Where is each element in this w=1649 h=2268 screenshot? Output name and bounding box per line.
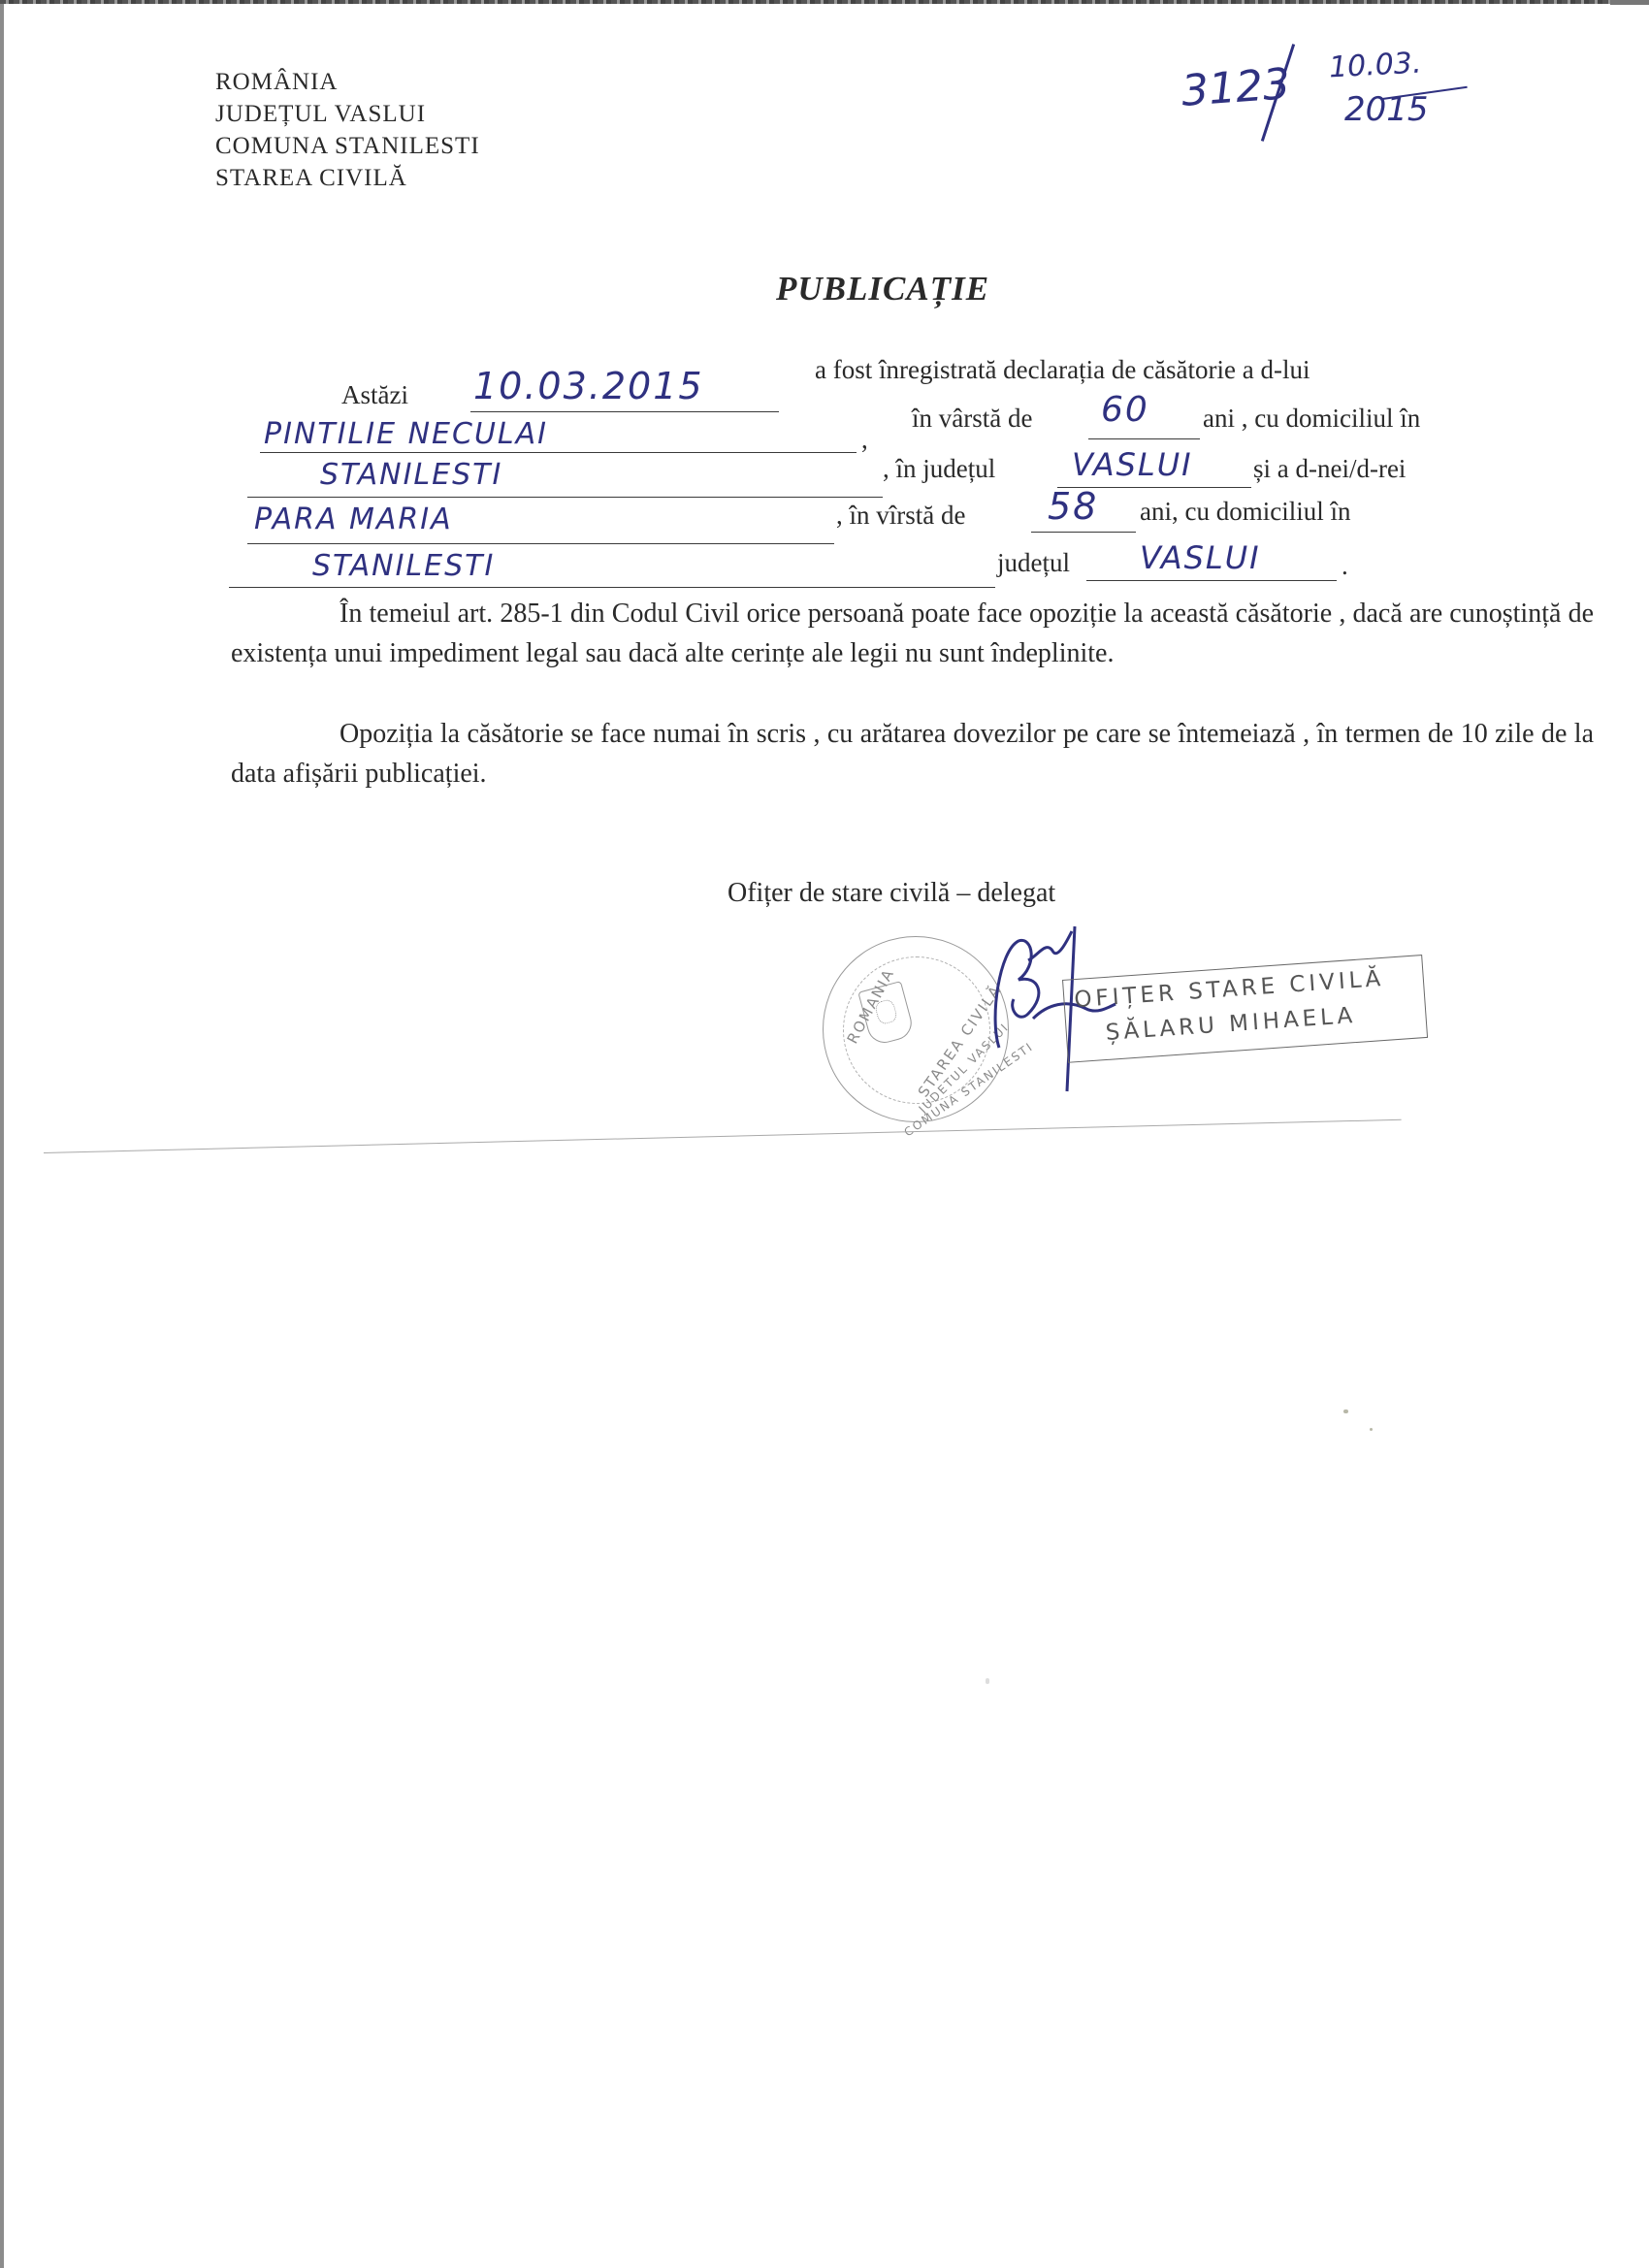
county-label-2: județul (997, 548, 1070, 578)
astazi-label: Astăzi (341, 380, 408, 410)
legal-paragraph-2-text: Opoziția la căsătorie se face numai în s… (231, 719, 1594, 789)
bride-age-underline (1031, 532, 1136, 533)
groom-locality-underline (247, 497, 883, 498)
bride-age-value[interactable]: 58 (1048, 485, 1098, 528)
header-county: JUDEȚUL VASLUI (215, 98, 480, 130)
scan-speck (1343, 1409, 1348, 1413)
declaration-text: a fost înregistrată declarația de căsăto… (815, 355, 1310, 385)
header-commune: COMUNA STANILESTI (215, 130, 480, 162)
document-title: PUBLICAȚIE (776, 270, 989, 308)
page-divider (44, 1119, 1402, 1153)
domicile-label-2: ani, cu domiciliul în (1140, 497, 1350, 527)
groom-locality-value[interactable]: STANILESTI (320, 458, 502, 492)
scan-edge-corner (1610, 0, 1649, 5)
date-underline (470, 411, 779, 412)
issuer-header: ROMÂNIA JUDEȚUL VASLUI COMUNA STANILESTI… (215, 66, 480, 194)
comma: , (861, 425, 868, 455)
domicile-label-1: ani , cu domiciliul în (1203, 404, 1420, 434)
signature-label: Ofițer de stare civilă – delegat (727, 878, 1055, 909)
legal-paragraph-2: Opoziția la căsătorie se face numai în s… (231, 714, 1594, 794)
groom-county-value[interactable]: VASLUI (1072, 446, 1193, 483)
scan-edge-left (0, 0, 4, 2268)
header-department: STAREA CIVILĂ (215, 162, 480, 194)
groom-age-underline (1088, 438, 1200, 439)
age-label-1: în vârstă de (912, 404, 1032, 434)
groom-age-value[interactable]: 60 (1101, 390, 1149, 430)
groom-name-value[interactable]: PINTILIE NECULAI (264, 417, 548, 451)
registration-date: 10.03. (1328, 47, 1422, 85)
bride-name-value[interactable]: PARA MARIA (254, 502, 453, 536)
groom-name-underline (260, 452, 857, 453)
bride-intro: și a d-nei/d-rei (1253, 454, 1406, 484)
period: . (1342, 551, 1348, 581)
bride-locality-underline (229, 587, 995, 588)
date-value[interactable]: 10.03.2015 (473, 365, 704, 407)
registration-number-value: 3123 (1180, 59, 1291, 116)
scan-speck (1370, 1428, 1373, 1431)
bride-county-underline (1086, 580, 1337, 581)
age-label-2: , în vîrstă de (836, 501, 965, 531)
scan-speck (986, 1678, 989, 1684)
bride-locality-value[interactable]: STANILESTI (312, 549, 495, 583)
scan-edge-top (0, 0, 1649, 4)
registration-year: 2015 (1344, 90, 1429, 129)
legal-paragraph-1-text: În temeiul art. 285-1 din Codul Civil or… (231, 599, 1594, 668)
county-label-1: , în județul (883, 454, 995, 484)
bride-county-value[interactable]: VASLUI (1140, 539, 1261, 576)
officer-name: ȘĂLARU MIHAELA (1105, 1003, 1357, 1046)
header-country: ROMÂNIA (215, 66, 480, 98)
bride-name-underline (247, 543, 834, 544)
legal-paragraph-1: În temeiul art. 285-1 din Codul Civil or… (231, 594, 1594, 673)
